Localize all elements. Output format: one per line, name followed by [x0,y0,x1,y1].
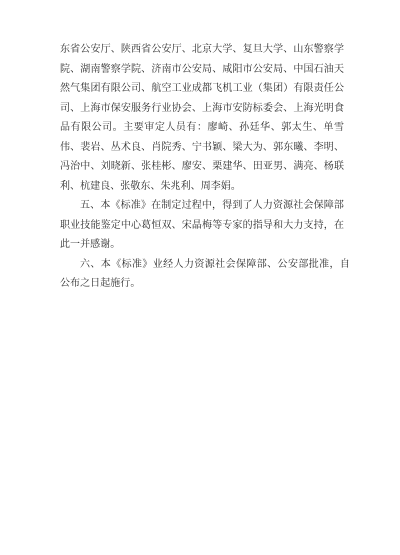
paragraph-reviewing-organizations: 东省公安厅、陕西省公安厅、北京大学、复旦大学、山东警察学院、湖南警察学院、济南市… [60,40,344,196]
document-page: 东省公安厅、陕西省公安厅、北京大学、复旦大学、山东警察学院、湖南警察学院、济南市… [60,40,344,294]
paragraph-acknowledgements: 五、本《标准》在制定过程中，得到了人力资源社会保障部职业技能鉴定中心葛恒双、宋晶… [60,196,344,255]
paragraph-effective-date: 六、本《标准》业经人力资源社会保障部、公安部批准，自公布之日起施行。 [60,255,350,294]
